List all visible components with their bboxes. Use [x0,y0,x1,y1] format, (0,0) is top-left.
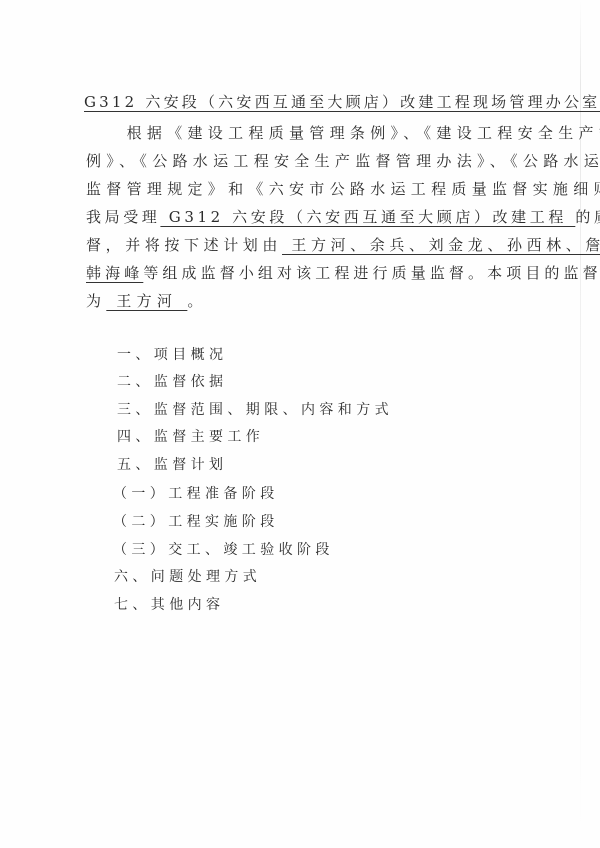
body-text: 监督管理规定》和《六安市公路水运工程质量监督实施细则》等规定， [86,180,600,198]
outline-subitem-2: （二）工程实施阶段 [113,510,279,534]
indent [86,124,127,142]
outline-item-5: 五、监督计划 [117,453,227,477]
outline-subitem-1: （一）工程准备阶段 [113,482,279,506]
leader-suffix: 。 [187,292,207,310]
outline-item-3: 三、监督范围、期限、内容和方式 [117,398,393,422]
outline-item-4: 四、监督主要工作 [117,425,264,449]
leader-name: 王方河 [106,292,187,310]
body-line-2: 例》、《公路水运工程安全生产监督管理办法》、《公路水运工程质量 [86,149,526,173]
members-line-2: 韩海峰等组成监督小组对该工程进行质量监督。本项目的监督负责人 [86,261,526,285]
body-text: 根据《建设工程质量管理条例》、《建设工程安全生产管理条 [127,124,600,142]
body-line-1: 根据《建设工程质量管理条例》、《建设工程安全生产管理条 [86,121,526,145]
members-suffix: 等组成监督小组对该工程进行质量监督。本项目的监督负责人 [143,264,600,282]
accept-prefix: 我局受理 [86,208,160,226]
members-list: 王方河、余兵、刘金龙、孙西林、詹长军、 [282,236,600,254]
accept-line: 我局受理 G312 六安段（六安西互通至大顾店）改建工程 的质量监 [86,205,526,229]
outline-item-7: 七、其他内容 [114,593,224,617]
outline-item-2: 二、监督依据 [117,370,227,394]
addressee: G312 六安段（六安西互通至大顾店）改建工程现场管理办公室 [84,93,600,111]
members-prefix: 督，并将按下述计划由 [86,236,282,254]
project-name: G312 六安段（六安西互通至大顾店）改建工程 [160,208,575,226]
body-text: 例》、《公路水运工程安全生产监督管理办法》、《公路水运工程质量 [86,152,600,170]
body-line-3: 监督管理规定》和《六安市公路水运工程质量监督实施细则》等规定， [86,177,526,201]
leader-prefix: 为 [86,292,106,310]
leader-line: 为 王方河 。 [86,289,526,313]
document-page: G312 六安段（六安西互通至大顾店）改建工程现场管理办公室： 根据《建设工程质… [0,0,600,848]
members-line: 督，并将按下述计划由 王方河、余兵、刘金龙、孙西林、詹长军、 [86,233,526,257]
outline-item-6: 六、问题处理方式 [114,565,261,589]
members-list-cont: 韩海峰 [86,264,143,282]
accept-suffix: 的质量监 [575,208,600,226]
addressee-line: G312 六安段（六安西互通至大顾店）改建工程现场管理办公室： [84,90,524,114]
outline-item-1: 一、项目概况 [117,343,227,367]
outline-subitem-3: （三）交工、竣工验收阶段 [113,538,334,562]
